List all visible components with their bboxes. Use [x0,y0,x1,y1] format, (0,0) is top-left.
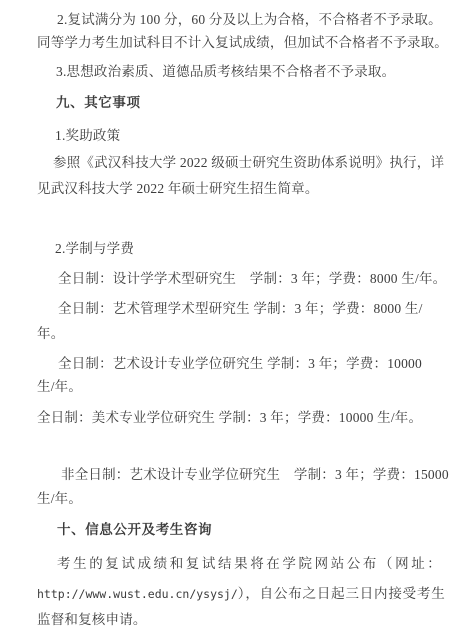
political-assessment-rule-text: 3.思想政治素质、道德品质考核结果不合格者不予录取。 [56,65,395,79]
tuition-design-academic: 全日制：设计学学术型研究生 学制：3 年；学费：8000 生/年。 [58,272,446,286]
retest-pass-rule-text-cont: 同等学力考生加试科目不计入复试成绩，但加试不合格者不予录取。 [37,36,448,50]
tuition-art-design-prof: 全日制：艺术设计专业学位研究生 学制：3 年；学费：10000 [58,357,422,371]
award-policy-text: 参照《武汉科技大学 2022 级硕士研究生资助体系说明》执行，详 [53,156,444,170]
tuition-fine-arts-prof: 全日制：美术专业学位研究生 学制：3 年；学费：10000 生/年。 [37,411,422,425]
section-10-heading: 十、信息公开及考生咨询 [57,523,212,537]
info-publication-url-line: http://www.wust.edu.cn/ysysj/），自公布之日起三日内… [37,587,446,601]
website-url: http://www.wust.edu.cn/ysysj/ [37,587,238,601]
section-9-heading: 九、其它事项 [56,96,141,110]
tuition-art-management: 全日制：艺术管理学术型研究生 学制：3 年；学费：8000 生/ [58,302,423,316]
tuition-art-design-parttime-cont: 生/年。 [37,492,82,506]
info-publication-text-cont: 监督和复核申请。 [37,613,147,627]
tuition-art-design-parttime: 非全日制：艺术设计专业学位研究生 学制：3 年；学费：15000 [61,468,449,482]
subsection-duration-tuition: 2.学制与学费 [55,242,134,256]
tuition-art-management-cont: 年。 [37,327,64,341]
tuition-art-design-prof-cont: 生/年。 [37,380,82,394]
subsection-award-policy: 1.奖助政策 [55,129,120,143]
info-publication-url-tail: ），自公布之日起三日内接受考生 [238,586,446,601]
info-publication-text: 考生的复试成绩和复试结果将在学院网站公布（网址： [57,557,443,571]
award-policy-text-cont: 见武汉科技大学 2022 年硕士研究生招生简章。 [37,182,319,196]
document-page: 2.复试满分为 100 分，60 分及以上为合格，不合格者不予录取。 同等学力考… [0,0,474,642]
retest-pass-rule-text: 2.复试满分为 100 分，60 分及以上为合格，不合格者不予录取。 [57,13,442,27]
